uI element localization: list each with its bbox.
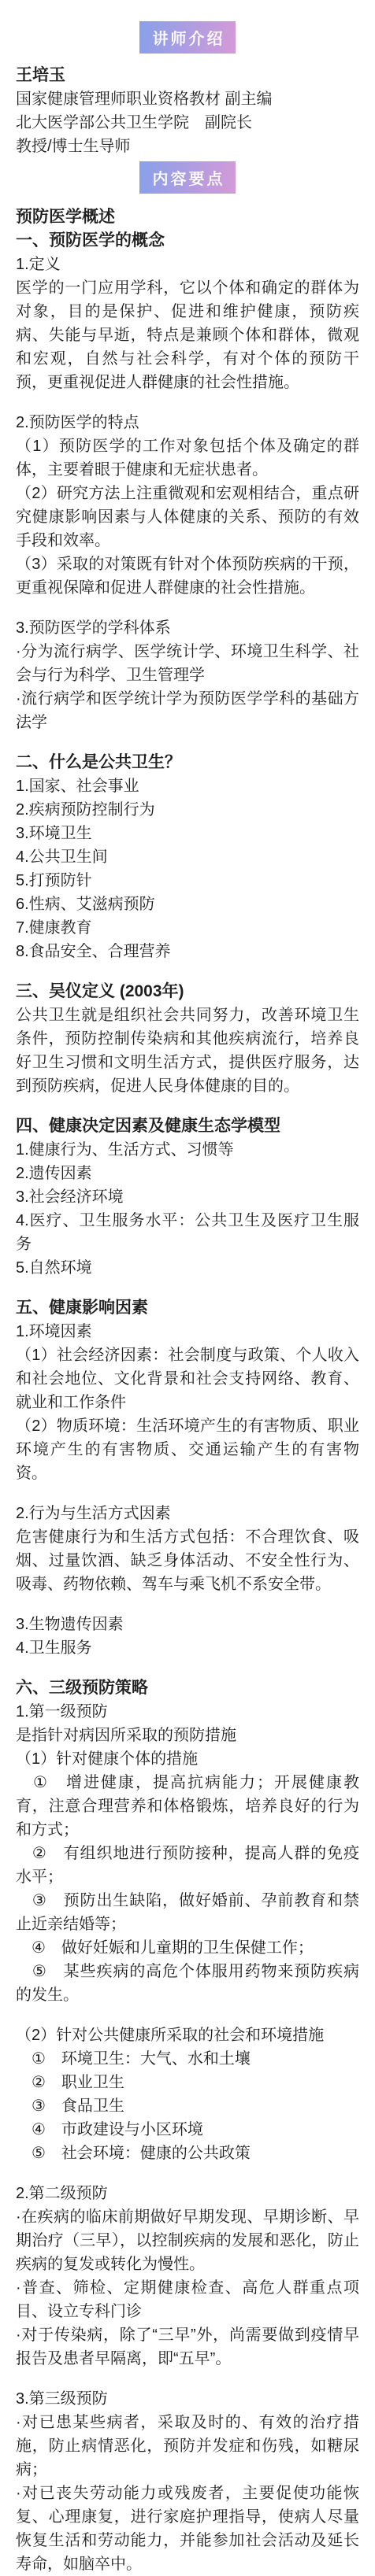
- section-heading: 五、健康影响因素: [16, 1296, 359, 1320]
- content-group: （2）针对公共健康所采取的社会和环境措施 ① 环境卫生：大气、水和土壤 ② 职业…: [16, 2023, 359, 2165]
- content-paragraph: 2.第二级预防: [16, 2182, 359, 2205]
- section-heading: 三、吴仪定义 (2003年): [16, 980, 359, 1003]
- content-paragraph: ④ 市政建设与小区环境: [16, 2118, 359, 2142]
- content-paragraph: ·分为流行病学、医学统计学、环境卫生科学、社会与行为科学、卫生管理学: [16, 640, 359, 687]
- content-group: 六、三级预防策略1.第一级预防是指针对病因所采取的预防措施（1）针对健康个体的措…: [16, 1676, 359, 2007]
- section-heading: 二、什么是公共卫生？: [16, 751, 359, 774]
- content-paragraph: ·在疾病的临床前期做好早期发现、早期诊断、早期治疗（三早），以控制疾病的发展和恶…: [16, 2205, 359, 2276]
- content-paragraph: 7.健康教育: [16, 916, 359, 940]
- content-paragraph: ·流行病学和医学统计学为预防医学学科的基础方法学: [16, 687, 359, 734]
- lecturer-intro-badge: 讲师介绍: [139, 21, 236, 54]
- content-paragraph: ·普查、筛检、定期健康检查、高危人群重点项目、设立专科门诊: [16, 2276, 359, 2323]
- content-points-badge: 内容要点: [139, 161, 236, 194]
- lecturer-name: 王培玉: [16, 63, 359, 87]
- content-paragraph: 危害健康行为和生活方式包括：不合理饮食、吸烟、过量饮酒、缺乏身体活动、不安全性行…: [16, 1525, 359, 1596]
- content-group: 3.预防医学的学科体系·分为流行病学、医学统计学、环境卫生科学、社会与行为科学、…: [16, 616, 359, 734]
- content-group: 五、健康影响因素1.环境因素（1）社会经济因素：社会制度与政策、个人收入和社会地…: [16, 1296, 359, 1485]
- content-paragraph: 4.医疗、卫生服务水平：公共卫生及医疗卫生服务: [16, 1209, 359, 1256]
- article-page: 讲师介绍 王培玉 国家健康管理师职业资格教材 副主编 北大医学部公共卫生学院 副…: [0, 0, 375, 2576]
- content-group: 四、健康决定因素及健康生态学模型1.健康行为、生活方式、习惯等2.遗传因素3.社…: [16, 1114, 359, 1280]
- content-paragraph: 是指针对病因所采取的预防措施: [16, 1724, 359, 1747]
- content-paragraph: 3.环境卫生: [16, 822, 359, 845]
- content-paragraph: 医学的一门应用学科，它以个体和确定的群体为对象，目的是保护、促进和维护健康，预防…: [16, 276, 359, 394]
- lecturer-title-line: 教授/博士生导师: [16, 135, 359, 158]
- content-group: 三、吴仪定义 (2003年)公共卫生就是组织社会共同努力，改善环境卫生条件，预防…: [16, 980, 359, 1098]
- content-paragraph: ③ 食品卫生: [16, 2094, 359, 2118]
- content-paragraph: ② 职业卫生: [16, 2071, 359, 2094]
- content-paragraph: ① 增进健康，提高抗病能力；开展健康教育，注意合理营养和体格锻炼，培养良好的行为…: [16, 1771, 359, 1842]
- content-paragraph: ① 环境卫生：大气、水和土壤: [16, 2047, 359, 2071]
- content-paragraph: 2.遗传因素: [16, 1162, 359, 1185]
- section-heading: 四、健康决定因素及健康生态学模型: [16, 1114, 359, 1138]
- content-paragraph: ·对于传染病，除了“三早”外，尚需要做到疫情早报告及患者早隔离，即“五早”。: [16, 2323, 359, 2371]
- content-group: 2.预防医学的特点（1）预防医学的工作对象包括个体及确定的群体，主要着眼于健康和…: [16, 411, 359, 600]
- content-paragraph: 1.定义: [16, 253, 359, 276]
- content-paragraph: （1）预防医学的工作对象包括个体及确定的群体，主要着眼于健康和无症状患者。: [16, 434, 359, 482]
- content-group: 2.第二级预防·在疾病的临床前期做好早期发现、早期诊断、早期治疗（三早），以控制…: [16, 2182, 359, 2371]
- lecturer-title-line: 国家健康管理师职业资格教材 副主编: [16, 87, 359, 111]
- content-paragraph: ④ 做好妊娠和儿童期的卫生保健工作；: [16, 1936, 359, 1960]
- content-paragraph: 1.环境因素: [16, 1320, 359, 1343]
- content-paragraph: 6.性病、艾滋病预防: [16, 893, 359, 916]
- content-group: 3.生物遗传因素4.卫生服务: [16, 1613, 359, 1660]
- content-group: 二、什么是公共卫生？1.国家、社会事业2.疾病预防控制行为3.环境卫生4.公共卫…: [16, 751, 359, 963]
- content-paragraph: ⑤ 社会环境：健康的公共政策: [16, 2142, 359, 2165]
- content-paragraph: 2.预防医学的特点: [16, 411, 359, 434]
- content-paragraph: （2）针对公共健康所采取的社会和环境措施: [16, 2023, 359, 2047]
- lecturer-title-line: 北大医学部公共卫生学院 副院长: [16, 111, 359, 135]
- content-paragraph: （3）采取的对策既有针对个体预防疾病的干预，更重视保障和促进人群健康的社会性措施…: [16, 553, 359, 600]
- content-paragraph: ③ 预防出生缺陷，做好婚前、孕前教育和禁止近亲结婚等；: [16, 1889, 359, 1936]
- content-paragraph: 4.公共卫生间: [16, 845, 359, 869]
- section-heading: 预防医学概述: [16, 205, 359, 229]
- content-paragraph: 1.第一级预防: [16, 1700, 359, 1724]
- content-paragraph: 2.疾病预防控制行为: [16, 798, 359, 822]
- section-heading: 一、预防医学的概念: [16, 229, 359, 253]
- content-paragraph: 5.自然环境: [16, 1256, 359, 1280]
- content-paragraph: ·对已患某些病者，采取及时的、有效的治疗措施，防止病情恶化，预防并发症和伤残，如…: [16, 2411, 359, 2482]
- lecturer-info: 王培玉 国家健康管理师职业资格教材 副主编 北大医学部公共卫生学院 副院长 教授…: [0, 63, 375, 158]
- content-paragraph: 1.健康行为、生活方式、习惯等: [16, 1138, 359, 1162]
- content-paragraph: 3.社会经济环境: [16, 1185, 359, 1209]
- content-paragraph: 4.卫生服务: [16, 1636, 359, 1660]
- section-heading: 六、三级预防策略: [16, 1676, 359, 1700]
- content-group: 2.行为与生活方式因素危害健康行为和生活方式包括：不合理饮食、吸烟、过量饮酒、缺…: [16, 1502, 359, 1596]
- content-paragraph: 1.国家、社会事业: [16, 774, 359, 798]
- content-paragraph: 3.生物遗传因素: [16, 1613, 359, 1636]
- content-paragraph: 3.第三级预防: [16, 2387, 359, 2411]
- content-paragraph: ⑤ 某些疾病的高危个体服用药物来预防疾病的发生。: [16, 1960, 359, 2007]
- content-paragraph: （1）社会经济因素：社会制度与政策、个人收入和社会地位、文化背景和社会支持网络、…: [16, 1343, 359, 1414]
- content-paragraph: （2）研究方法上注重微观和宏观相结合，重点研究健康影响因素与人体健康的关系、预防…: [16, 482, 359, 553]
- content-group: 预防医学概述一、预防医学的概念1.定义医学的一门应用学科，它以个体和确定的群体为…: [16, 205, 359, 394]
- content-paragraph: 5.打预防针: [16, 869, 359, 893]
- content-group: 3.第三级预防·对已患某些病者，采取及时的、有效的治疗措施，防止病情恶化，预防并…: [16, 2387, 359, 2576]
- content-paragraph: 公共卫生就是组织社会共同努力，改善环境卫生条件，预防控制传染病和其他疾病流行，培…: [16, 1003, 359, 1098]
- content-paragraph: ② 有组织地进行预防接种，提高人群的免疫水平；: [16, 1842, 359, 1889]
- content-paragraph: 3.预防医学的学科体系: [16, 616, 359, 640]
- content-body: 预防医学概述一、预防医学的概念1.定义医学的一门应用学科，它以个体和确定的群体为…: [0, 205, 375, 2576]
- content-paragraph: （2）物质环境：生活环境产生的有害物质、职业环境产生的有害物质、交通运输产生的有…: [16, 1414, 359, 1485]
- content-paragraph: 2.行为与生活方式因素: [16, 1502, 359, 1525]
- content-paragraph: 8.食品安全、合理营养: [16, 940, 359, 963]
- content-paragraph: ·对已丧失劳动能力或残废者，主要促使功能恢复、心理康复，进行家庭护理指导，使病人…: [16, 2482, 359, 2576]
- content-paragraph: （1）针对健康个体的措施: [16, 1747, 359, 1771]
